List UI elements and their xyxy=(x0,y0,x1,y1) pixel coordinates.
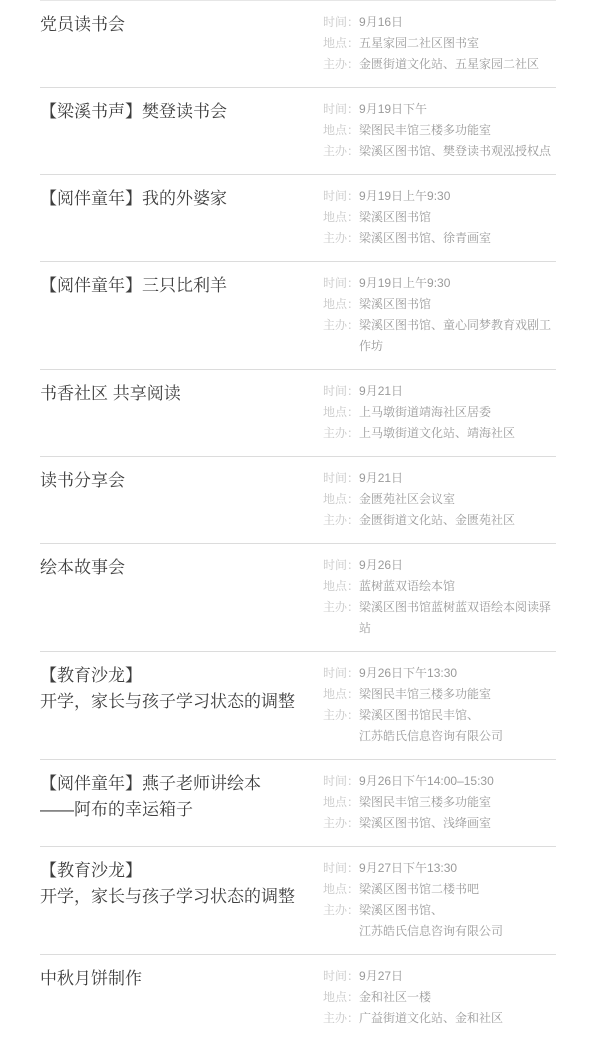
location-label: 地点： xyxy=(323,207,359,228)
event-details: 时间： 9月26日下午13:30 地点： 梁图民丰馆三楼多功能室 主办： 梁溪区… xyxy=(323,663,556,747)
time-line: 时间： 9月21日 xyxy=(323,468,556,489)
location-label: 地点： xyxy=(323,684,359,705)
organizer-value: 广益街道文化站、金和社区 xyxy=(359,1008,503,1029)
event-row: 中秋月饼制作 时间： 9月27日 地点： 金和社区一楼 主办： 广益街道文化站、… xyxy=(40,955,556,1041)
organizer-label: 主办： xyxy=(323,141,359,162)
location-line: 地点： 金匮苑社区会议室 xyxy=(323,489,556,510)
time-value: 9月19日上午9:30 xyxy=(359,186,450,207)
location-line: 地点： 梁图民丰馆三楼多功能室 xyxy=(323,792,556,813)
event-title: 【阅伴童年】我的外婆家 xyxy=(40,186,323,212)
time-label: 时间： xyxy=(323,381,359,402)
location-label: 地点： xyxy=(323,576,359,597)
event-details: 时间： 9月27日 地点： 金和社区一楼 主办： 广益街道文化站、金和社区 xyxy=(323,966,556,1029)
event-title: 【梁溪书声】樊登读书会 xyxy=(40,99,323,125)
organizer-label: 主办： xyxy=(323,900,359,921)
organizer-line: 主办： 梁溪区图书馆、 江苏皓氏信息咨询有限公司 xyxy=(323,900,556,942)
organizer-line: 主办： 梁溪区图书馆蓝树蓝双语绘本阅读驿站 xyxy=(323,597,556,639)
organizer-value: 梁溪区图书馆、童心同梦教育戏剧工作坊 xyxy=(359,315,556,357)
event-details: 时间： 9月21日 地点： 金匮苑社区会议室 主办： 金匮街道文化站、金匮苑社区 xyxy=(323,468,556,531)
location-value: 蓝树蓝双语绘本馆 xyxy=(359,576,455,597)
time-value: 9月26日下午14:00–15:30 xyxy=(359,771,494,792)
time-label: 时间： xyxy=(323,99,359,120)
event-details: 时间： 9月16日 地点： 五星家园二社区图书室 主办： 金匮街道文化站、五星家… xyxy=(323,12,556,75)
time-value: 9月26日 xyxy=(359,555,403,576)
time-line: 时间： 9月21日 xyxy=(323,381,556,402)
location-value: 梁溪区图书馆 xyxy=(359,294,431,315)
time-line: 时间： 9月19日上午9:30 xyxy=(323,273,556,294)
organizer-line: 主办： 金匮街道文化站、金匮苑社区 xyxy=(323,510,556,531)
time-line: 时间： 9月26日下午14:00–15:30 xyxy=(323,771,556,792)
location-value: 梁溪区图书馆二楼书吧 xyxy=(359,879,479,900)
event-row: 【梁溪书声】樊登读书会 时间： 9月19日下午 地点： 梁图民丰馆三楼多功能室 … xyxy=(40,88,556,175)
organizer-label: 主办： xyxy=(323,597,359,618)
event-title: 党员读书会 xyxy=(40,12,323,38)
location-value: 上马墩街道靖海社区居委 xyxy=(359,402,491,423)
event-title: 绘本故事会 xyxy=(40,555,323,581)
location-line: 地点： 蓝树蓝双语绘本馆 xyxy=(323,576,556,597)
event-row: 【教育沙龙】 开学，家长与孩子学习状态的调整 时间： 9月26日下午13:30 … xyxy=(40,652,556,760)
event-details: 时间： 9月19日下午 地点： 梁图民丰馆三楼多功能室 主办： 梁溪区图书馆、樊… xyxy=(323,99,556,162)
organizer-value: 梁溪区图书馆、徐青画室 xyxy=(359,228,491,249)
organizer-value: 上马墩街道文化站、靖海社区 xyxy=(359,423,515,444)
time-label: 时间： xyxy=(323,273,359,294)
time-value: 9月16日 xyxy=(359,12,403,33)
location-value: 梁溪区图书馆 xyxy=(359,207,431,228)
location-label: 地点： xyxy=(323,120,359,141)
event-details: 时间： 9月21日 地点： 上马墩街道靖海社区居委 主办： 上马墩街道文化站、靖… xyxy=(323,381,556,444)
time-line: 时间： 9月26日 xyxy=(323,555,556,576)
event-title: 中秋月饼制作 xyxy=(40,966,323,992)
event-title: 【教育沙龙】 开学，家长与孩子学习状态的调整 xyxy=(40,663,323,715)
location-label: 地点： xyxy=(323,879,359,900)
event-title: 【阅伴童年】燕子老师讲绘本 ——阿布的幸运箱子 xyxy=(40,771,323,823)
location-line: 地点： 金和社区一楼 xyxy=(323,987,556,1008)
organizer-value: 梁溪区图书馆、浅绛画室 xyxy=(359,813,491,834)
location-line: 地点： 五星家园二社区图书室 xyxy=(323,33,556,54)
event-title: 书香社区 共享阅读 xyxy=(40,381,323,407)
organizer-label: 主办： xyxy=(323,1008,359,1029)
event-row: 绘本故事会 时间： 9月26日 地点： 蓝树蓝双语绘本馆 主办： 梁溪区图书馆蓝… xyxy=(40,544,556,652)
organizer-label: 主办： xyxy=(323,423,359,444)
organizer-label: 主办： xyxy=(323,510,359,531)
event-details: 时间： 9月19日上午9:30 地点： 梁溪区图书馆 主办： 梁溪区图书馆、童心… xyxy=(323,273,556,357)
organizer-value: 金匮街道文化站、五星家园二社区 xyxy=(359,54,539,75)
time-line: 时间： 9月27日 xyxy=(323,966,556,987)
location-value: 五星家园二社区图书室 xyxy=(359,33,479,54)
location-label: 地点： xyxy=(323,33,359,54)
time-line: 时间： 9月19日下午 xyxy=(323,99,556,120)
organizer-value: 梁溪区图书馆民丰馆、 江苏皓氏信息咨询有限公司 xyxy=(359,705,503,747)
time-value: 9月19日上午9:30 xyxy=(359,273,450,294)
location-label: 地点： xyxy=(323,987,359,1008)
organizer-line: 主办： 金匮街道文化站、五星家园二社区 xyxy=(323,54,556,75)
event-list: 党员读书会 时间： 9月16日 地点： 五星家园二社区图书室 主办： 金匮街道文… xyxy=(0,0,604,1061)
organizer-label: 主办： xyxy=(323,228,359,249)
time-line: 时间： 9月16日 xyxy=(323,12,556,33)
organizer-label: 主办： xyxy=(323,315,359,336)
time-label: 时间： xyxy=(323,186,359,207)
location-line: 地点： 梁溪区图书馆二楼书吧 xyxy=(323,879,556,900)
time-label: 时间： xyxy=(323,12,359,33)
event-title: 读书分享会 xyxy=(40,468,323,494)
organizer-value: 梁溪区图书馆蓝树蓝双语绘本阅读驿站 xyxy=(359,597,556,639)
time-value: 9月27日下午13:30 xyxy=(359,858,457,879)
time-label: 时间： xyxy=(323,468,359,489)
event-row: 书香社区 共享阅读 时间： 9月21日 地点： 上马墩街道靖海社区居委 主办： … xyxy=(40,370,556,457)
location-value: 梁图民丰馆三楼多功能室 xyxy=(359,792,491,813)
organizer-line: 主办： 梁溪区图书馆、浅绛画室 xyxy=(323,813,556,834)
location-value: 梁图民丰馆三楼多功能室 xyxy=(359,120,491,141)
organizer-line: 主办： 梁溪区图书馆、樊登读书观泓授权点 xyxy=(323,141,556,162)
location-value: 金匮苑社区会议室 xyxy=(359,489,455,510)
organizer-label: 主办： xyxy=(323,705,359,726)
organizer-line: 主办： 广益街道文化站、金和社区 xyxy=(323,1008,556,1029)
time-value: 9月26日下午13:30 xyxy=(359,663,457,684)
organizer-line: 主办： 上马墩街道文化站、靖海社区 xyxy=(323,423,556,444)
location-label: 地点： xyxy=(323,294,359,315)
location-value: 梁图民丰馆三楼多功能室 xyxy=(359,684,491,705)
event-details: 时间： 9月19日上午9:30 地点： 梁溪区图书馆 主办： 梁溪区图书馆、徐青… xyxy=(323,186,556,249)
time-label: 时间： xyxy=(323,663,359,684)
event-details: 时间： 9月27日下午13:30 地点： 梁溪区图书馆二楼书吧 主办： 梁溪区图… xyxy=(323,858,556,942)
time-label: 时间： xyxy=(323,966,359,987)
location-label: 地点： xyxy=(323,489,359,510)
event-row: 【阅伴童年】我的外婆家 时间： 9月19日上午9:30 地点： 梁溪区图书馆 主… xyxy=(40,175,556,262)
location-line: 地点： 梁溪区图书馆 xyxy=(323,207,556,228)
organizer-line: 主办： 梁溪区图书馆民丰馆、 江苏皓氏信息咨询有限公司 xyxy=(323,705,556,747)
time-label: 时间： xyxy=(323,555,359,576)
location-line: 地点： 上马墩街道靖海社区居委 xyxy=(323,402,556,423)
event-title: 【教育沙龙】 开学，家长与孩子学习状态的调整 xyxy=(40,858,323,910)
time-line: 时间： 9月19日上午9:30 xyxy=(323,186,556,207)
organizer-line: 主办： 梁溪区图书馆、童心同梦教育戏剧工作坊 xyxy=(323,315,556,357)
time-label: 时间： xyxy=(323,858,359,879)
event-details: 时间： 9月26日下午14:00–15:30 地点： 梁图民丰馆三楼多功能室 主… xyxy=(323,771,556,834)
organizer-value: 梁溪区图书馆、 江苏皓氏信息咨询有限公司 xyxy=(359,900,503,942)
location-line: 地点： 梁溪区图书馆 xyxy=(323,294,556,315)
event-row: 【教育沙龙】 开学，家长与孩子学习状态的调整 时间： 9月27日下午13:30 … xyxy=(40,847,556,955)
organizer-label: 主办： xyxy=(323,813,359,834)
time-label: 时间： xyxy=(323,771,359,792)
location-line: 地点： 梁图民丰馆三楼多功能室 xyxy=(323,120,556,141)
event-row: 读书分享会 时间： 9月21日 地点： 金匮苑社区会议室 主办： 金匮街道文化站… xyxy=(40,457,556,544)
time-value: 9月27日 xyxy=(359,966,403,987)
event-row: 【阅伴童年】三只比利羊 时间： 9月19日上午9:30 地点： 梁溪区图书馆 主… xyxy=(40,262,556,370)
time-value: 9月21日 xyxy=(359,381,403,402)
event-row: 党员读书会 时间： 9月16日 地点： 五星家园二社区图书室 主办： 金匮街道文… xyxy=(40,0,556,88)
location-label: 地点： xyxy=(323,792,359,813)
time-value: 9月19日下午 xyxy=(359,99,427,120)
organizer-value: 金匮街道文化站、金匮苑社区 xyxy=(359,510,515,531)
event-details: 时间： 9月26日 地点： 蓝树蓝双语绘本馆 主办： 梁溪区图书馆蓝树蓝双语绘本… xyxy=(323,555,556,639)
event-title: 【阅伴童年】三只比利羊 xyxy=(40,273,323,299)
time-line: 时间： 9月27日下午13:30 xyxy=(323,858,556,879)
time-value: 9月21日 xyxy=(359,468,403,489)
organizer-line: 主办： 梁溪区图书馆、徐青画室 xyxy=(323,228,556,249)
location-value: 金和社区一楼 xyxy=(359,987,431,1008)
event-row: 【阅伴童年】燕子老师讲绘本 ——阿布的幸运箱子 时间： 9月26日下午14:00… xyxy=(40,760,556,847)
organizer-label: 主办： xyxy=(323,54,359,75)
location-line: 地点： 梁图民丰馆三楼多功能室 xyxy=(323,684,556,705)
time-line: 时间： 9月26日下午13:30 xyxy=(323,663,556,684)
location-label: 地点： xyxy=(323,402,359,423)
organizer-value: 梁溪区图书馆、樊登读书观泓授权点 xyxy=(359,141,551,162)
